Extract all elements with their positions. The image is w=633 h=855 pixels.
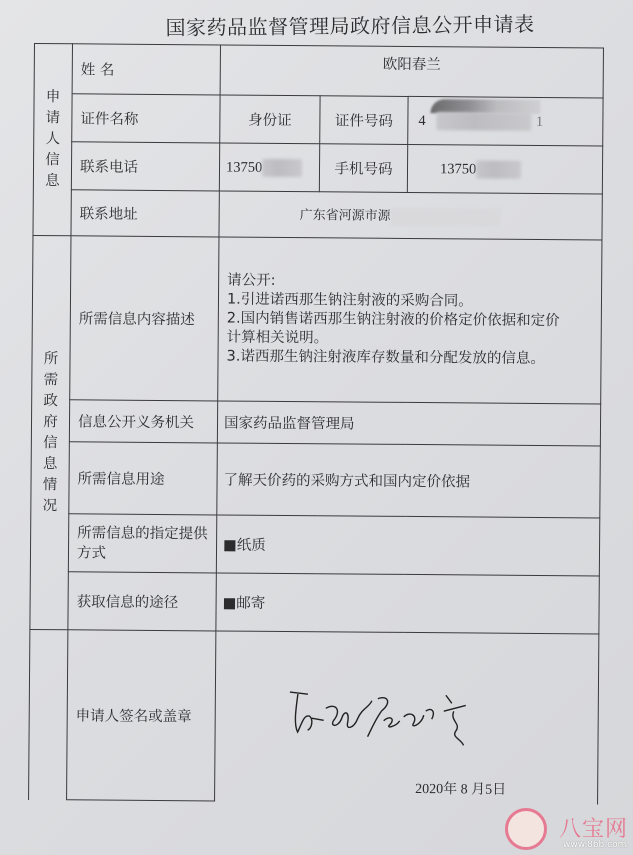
section-signature-spacer	[29, 629, 68, 799]
purpose-value: 了解天价药的采购方式和国内定价依据	[217, 443, 601, 518]
section-char: 情	[31, 474, 68, 495]
phone-label: 联系电话	[71, 142, 219, 191]
retrieval-method-label: 获取信息的途径	[68, 572, 216, 631]
section-char: 人	[34, 129, 71, 150]
handwritten-signature	[285, 680, 506, 752]
purpose-label: 所需信息用途	[69, 442, 218, 515]
id-type-label: 证件名称	[72, 94, 220, 143]
id-number-value: 4 1	[408, 96, 603, 146]
agency-value: 国家药品监督管理局	[217, 401, 600, 446]
row-id: 证件名称 身份证 证件号码 4 1	[34, 94, 603, 146]
redacted-mobile	[476, 160, 521, 178]
redacted-address	[391, 208, 501, 227]
row-delivery-format: 所需信息的指定提供方式 ■纸质	[30, 513, 599, 575]
retrieval-method-value: ■邮寄	[216, 573, 599, 634]
row-purpose: 所需信息用途 了解天价药的采购方式和国内定价依据	[31, 441, 601, 517]
id-number-label: 证件号码	[320, 96, 408, 145]
phone-visible: 13750	[226, 159, 262, 175]
section-char: 信	[34, 150, 71, 171]
mobile-value: 13750	[407, 144, 602, 194]
watermark-url: www.8bb.com	[563, 840, 626, 850]
id-type-value: 身份证	[220, 95, 320, 144]
redacted-id-number	[436, 112, 531, 131]
address-label: 联系地址	[71, 190, 219, 237]
baby-face-logo-icon	[505, 808, 547, 850]
section-char: 请	[34, 108, 71, 129]
section-char: 况	[31, 495, 68, 516]
signature-label: 申请人签名或盖章	[67, 630, 216, 801]
signature-date: 2020年 8 月5日	[415, 778, 506, 799]
section-required-info: 所 需 政 府 信 息 情 况	[30, 235, 71, 629]
content-line: 3.诺西那生钠注射液库存数量和分配发放的信息。	[226, 348, 592, 370]
document-photo: 国家药品监督管理局政府信息公开申请表 申 请 人 信 息 姓 名	[0, 0, 633, 855]
section-applicant-info: 申 请 人 信 息	[33, 44, 73, 236]
address-value: 广东省河源市源	[219, 191, 602, 240]
section-char: 需	[32, 369, 69, 390]
row-retrieval-method: 获取信息的途径 ■邮寄	[30, 571, 599, 633]
watermark: 八宝网 www.8bb.com	[505, 808, 633, 855]
section-char: 所	[32, 348, 69, 369]
redacted-phone	[262, 158, 302, 176]
delivery-format-label: 所需信息的指定提供方式	[68, 514, 216, 573]
section-char: 信	[32, 432, 69, 453]
delivery-format-value: ■纸质	[216, 515, 599, 576]
id-number-tail: 1	[536, 113, 543, 129]
section-char: 府	[32, 411, 69, 432]
mobile-visible: 13750	[440, 161, 476, 177]
address-visible: 广东省河源市源	[300, 208, 391, 224]
name-value: 欧阳春兰	[220, 45, 603, 98]
row-agency: 信息公开义务机关 国家药品监督管理局	[31, 399, 600, 445]
agency-label: 信息公开义务机关	[69, 400, 217, 443]
content-description-label: 所需信息内容描述	[70, 236, 219, 401]
row-signature: 申请人签名或盖章 2020年 8 月5日	[29, 629, 599, 803]
form-table: 申 请 人 信 息 姓 名 欧阳春兰 证件名称 身份证 证件号码 4 1	[28, 43, 604, 804]
mobile-label: 手机号码	[319, 144, 407, 193]
row-phone: 联系电话 13750 手机号码 13750	[33, 142, 602, 194]
section-char: 政	[32, 390, 69, 411]
row-name: 申 请 人 信 息 姓 名 欧阳春兰	[34, 44, 603, 98]
content-description-value: 请公开: 1.引进诺西那生钠注射液的采购合同。 2.国内销售诺西那生钠注射液的价…	[218, 237, 602, 404]
section-char: 息	[34, 171, 71, 192]
phone-value: 13750	[219, 143, 319, 192]
application-form: 申 请 人 信 息 姓 名 欧阳春兰 证件名称 身份证 证件号码 4 1	[28, 43, 604, 817]
id-number-visible: 4	[418, 113, 425, 129]
section-char: 申	[34, 87, 71, 108]
signature-cell: 2020年 8 月5日	[215, 631, 599, 804]
section-char: 息	[32, 453, 69, 474]
form-title: 国家药品监督管理局政府信息公开申请表	[140, 8, 560, 41]
row-address: 联系地址 广东省河源市源	[33, 189, 602, 239]
watermark-brand: 八宝网	[559, 812, 628, 843]
row-content-description: 所 需 政 府 信 息 情 况 所需信息内容描述 请公开: 1.引进诺西那生钠注…	[32, 235, 602, 403]
name-label: 姓 名	[72, 44, 220, 95]
